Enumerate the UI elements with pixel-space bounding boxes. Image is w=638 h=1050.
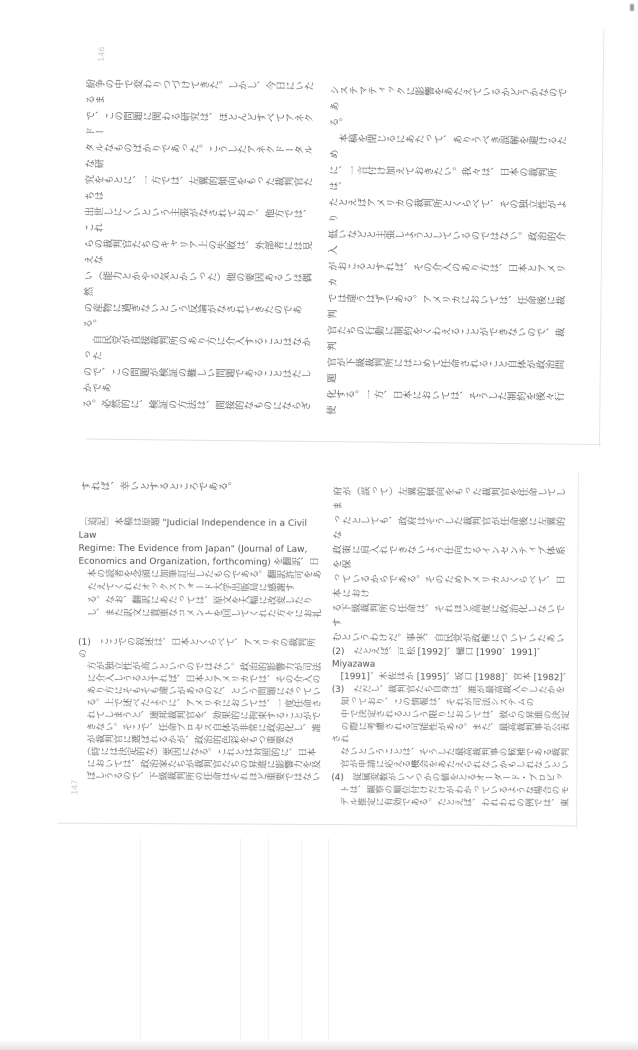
page147-closing-text: すれば、幸いとするところである。 <box>81 481 251 496</box>
scanned-book-spread: { "page146": { "page_number": "146", "up… <box>0 0 638 1050</box>
page147-note1-continuation: 府が（誤って）左翼的傾向をもった裁判官を任命してしま ったとしても、政府はそうし… <box>332 486 573 648</box>
page147-postscript: 〔追記〕本稿は原題 "Judicial Independence in a Ci… <box>78 517 322 622</box>
page147-closing-line: すれば、幸いとするところである。 <box>81 481 251 496</box>
page147-note2-text: (2) たとえば、戸松 [1992]、樋口 [1990、1991]、Miyaza… <box>332 646 572 685</box>
scan-bottom-shadow <box>0 1040 638 1050</box>
page147-note3-text: (3) ただし、裁判官たち自身は、誰が最高裁入りしたかを 知っており、この情報は… <box>331 684 571 773</box>
page147-right-edge <box>576 471 579 827</box>
page147-note1-continuation-text: 府が（誤って）左翼的傾向をもった裁判官を任命してしま ったとしても、政府はそうし… <box>332 486 573 648</box>
scan-streak <box>240 838 241 1040</box>
page147-note3: (3) ただし、裁判官たち自身は、誰が最高裁入りしたかを 知っており、この情報は… <box>331 684 571 773</box>
page147-note1: (1) ここでの叙述は、日本とくらべて、アメリカの裁判所の 方が独立性が高いとい… <box>77 637 321 785</box>
page147-note1-text: (1) ここでの叙述は、日本とくらべて、アメリカの裁判所の 方が独立性が高いとい… <box>77 637 321 785</box>
scan-streak <box>328 838 329 1043</box>
page147-postscript-text: 〔追記〕本稿は原題 "Judicial Independence in a Ci… <box>78 517 322 622</box>
scan-streak <box>268 838 269 1040</box>
page147-note4-text: (4) 従属変数がいくつかの値をとるオーダード・プロビッ トは、観察の順位付けだ… <box>331 772 571 811</box>
page-147: 147 すれば、幸いとするところである。 〔追記〕本稿は原題 "Judicial… <box>0 0 638 1050</box>
page147-note4: (4) 従属変数がいくつかの値をとるオーダード・プロビッ トは、観察の順位付けだ… <box>331 772 571 811</box>
page147-bottom-edge <box>57 823 577 827</box>
scan-corner-mark <box>630 4 634 11</box>
scan-streak <box>301 838 302 1043</box>
scan-streak <box>140 838 141 1040</box>
page147-note2: (2) たとえば、戸松 [1992]、樋口 [1990、1991]、Miyaza… <box>332 646 572 685</box>
